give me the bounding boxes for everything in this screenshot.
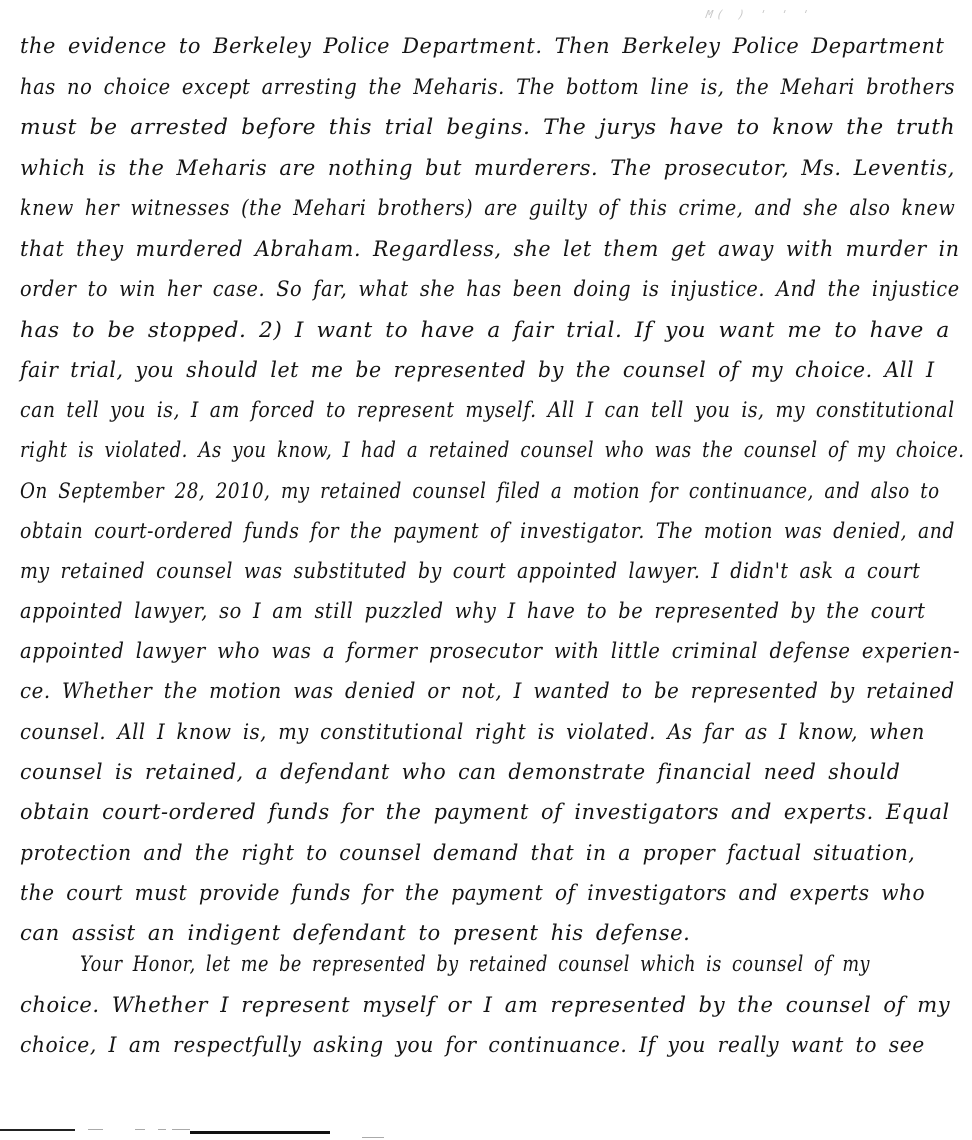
text-line: can tell you is, I am forced to represen… (20, 396, 955, 426)
text-line: order to win her case. So far, what she … (20, 275, 960, 305)
text-line: protection and the right to counsel dema… (20, 839, 915, 869)
text-line: counsel. All I know is, my constitutiona… (20, 718, 925, 748)
text-line: counsel is retained, a defendant who can… (20, 758, 900, 788)
text-line: right is violated. As you know, I had a … (20, 436, 965, 466)
text-line: appointed lawyer who was a former prosec… (20, 637, 960, 667)
scan-edge-line (190, 1131, 330, 1134)
scan-edge-line (0, 1129, 75, 1131)
text-line: my retained counsel was substituted by c… (20, 557, 920, 587)
text-line: has to be stopped. 2) I want to have a f… (20, 316, 950, 346)
text-line: that they murdered Abraham. Regardless, … (20, 235, 960, 265)
text-line: ce. Whether the motion was denied or not… (20, 677, 955, 707)
paragraph-start-line: Your Honor, let me be represented by ret… (80, 950, 870, 980)
text-line: fair trial, you should let me be represe… (20, 356, 935, 386)
scan-edge-line (362, 1137, 384, 1138)
text-line: choice, I am respectfully asking you for… (20, 1031, 925, 1061)
text-line: has no choice except arresting the Mehar… (20, 73, 955, 103)
text-line: choice. Whether I represent myself or I … (20, 991, 950, 1021)
scan-edge-line (172, 1129, 190, 1130)
text-line: On September 28, 2010, my retained couns… (20, 477, 940, 507)
document-page: M( ) ' ' ' the evidence to Berkeley Poli… (0, 0, 972, 1140)
text-line: the court must provide funds for the pay… (20, 879, 925, 909)
text-line: which is the Meharis are nothing but mur… (20, 154, 955, 184)
scan-edge-line (88, 1129, 103, 1130)
text-line: obtain court-ordered funds for the payme… (20, 798, 950, 828)
text-line: the evidence to Berkeley Police Departme… (20, 32, 945, 62)
text-line: must be arrested before this trial begin… (20, 113, 955, 143)
text-line: knew her witnesses (the Mehari brothers)… (20, 194, 955, 224)
fax-stamp: M( ) ' ' ' (702, 8, 899, 26)
text-line: appointed lawyer, so I am still puzzled … (20, 597, 925, 627)
scan-edge-line (135, 1129, 145, 1130)
scan-edge-line (158, 1129, 166, 1130)
text-line: obtain court-ordered funds for the payme… (20, 517, 955, 547)
text-line: can assist an indigent defendant to pres… (20, 919, 690, 949)
